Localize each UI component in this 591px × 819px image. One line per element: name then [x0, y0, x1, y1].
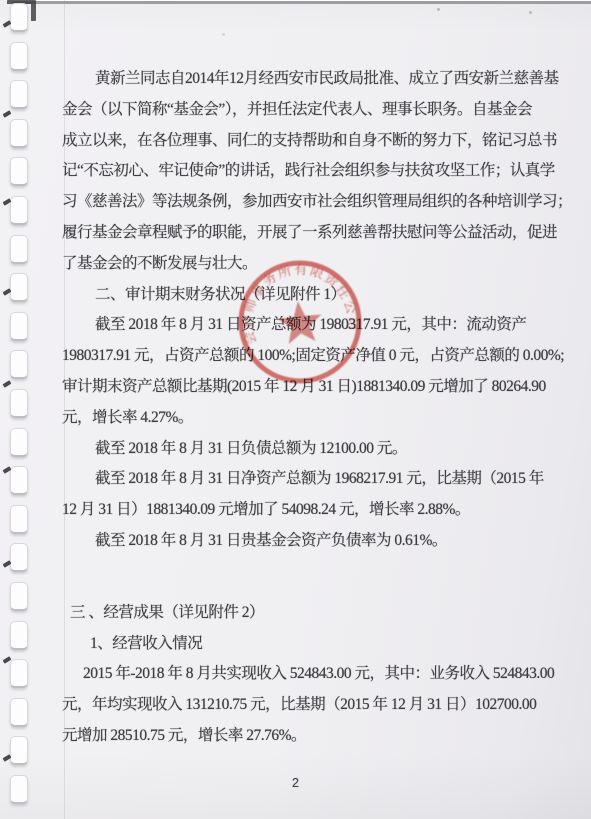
text-line: 元增加 28510.75 元，增长率 27.76%。: [62, 721, 554, 752]
binding-hole: [10, 505, 28, 534]
text-line: 截至 2018 年 8 月 31 日负债总额为 12100.00 元。: [62, 434, 554, 465]
scan-speckle: [222, 33, 225, 36]
scan-top-highlight: [12, 0, 591, 1]
binding-hole: [10, 42, 28, 71]
binding-hole: [10, 582, 28, 611]
binding-hole: [10, 736, 28, 765]
binding-hole: [10, 466, 28, 495]
binding-hole: [10, 698, 28, 727]
page-number: 2: [0, 776, 591, 790]
binding-hole: [10, 157, 28, 186]
text-line: 2015 年-2018 年 8 月共实现收入 524843.00 元，其中：业务…: [62, 659, 554, 690]
text-line: 截至 2018 年 8 月 31 日贵基金会资产负债率为 0.61%。: [62, 526, 554, 557]
binding-hole: [10, 196, 28, 225]
scan-speckle: [437, 8, 440, 11]
text-line: 审计期末资产总额比基期(2015 年 12 月 31 日)1881340.09 …: [62, 372, 554, 403]
text-line: 记“不忘初心、牢记使命”的讲话，践行社会组织参与扶贫攻坚工作；认真学: [62, 156, 554, 187]
text-line: 截至 2018 年 8 月 31 日净资产总额为 1968217.91 元，比基…: [62, 464, 554, 495]
binding-hole: [10, 543, 28, 572]
text-line: 二、审计期末财务状况（详见附件 1）: [62, 280, 554, 311]
binding-hole: [10, 428, 28, 457]
text-line: 1980317.91 元，占资产总额的 100%;固定资产净值 0 元，占资产总…: [62, 341, 554, 372]
scan-speckle: [529, 11, 532, 14]
text-line: 履行基金会章程赋予的职能，开展了一系列慈善帮扶慰问等公益活动，促进: [62, 218, 554, 249]
binding-hole: [10, 389, 28, 418]
binding-hole: [10, 312, 28, 341]
binding-hole: [10, 119, 28, 148]
text-line: 黄新兰同志自2014年12月经西安市民政局批准、成立了西安新兰慈善基: [62, 64, 554, 95]
binding-hole: [10, 659, 28, 688]
text-line: 12 月 31 日）1881340.09 元增加了 54098.24 元，增长率…: [62, 495, 554, 526]
binding-hole: [10, 273, 28, 302]
text-line: 元，增长率 4.27%。: [62, 403, 554, 434]
binding-ring-mark: [3, 380, 12, 388]
text-line: 金会（以下简称“基金会”），并担任法定代表人、理事长职务。自基金会: [62, 95, 554, 126]
binding-hole: [10, 3, 28, 32]
text-line: 三 、经营成果（详见附件 2）: [62, 598, 554, 629]
text-line: 元，年均实现收入 131210.75 元，比基期（2015 年 12 月 31 …: [62, 690, 554, 721]
scanned-page: 黄新兰同志自2014年12月经西安市民政局批准、成立了西安新兰慈善基金会（以下简…: [0, 0, 591, 819]
text-line: 1、经营收入情况: [62, 629, 554, 660]
scan-top-edge: [12, 1, 591, 4]
text-line: 习《慈善法》等法规条例，参加西安市社会组织管理局组织的各种培训学习；: [62, 187, 554, 218]
binding-ring-mark: [3, 110, 12, 118]
text-line: 截至 2018 年 8 月 31 日资产总额为 1980317.91 元，其中：…: [62, 310, 554, 341]
binding-hole: [10, 350, 28, 379]
binding-hole: [10, 621, 28, 650]
text-line: 成立以来，在各位理事、同仁的支持帮助和自身不断的努力下，铭记习总书: [62, 126, 554, 157]
binding-hole: [10, 235, 28, 264]
binding-hole: [10, 80, 28, 109]
text-line: 了基金会的不断发展与壮大。: [62, 249, 554, 280]
document-body: 黄新兰同志自2014年12月经西安市民政局批准、成立了西安新兰慈善基金会（以下简…: [62, 64, 554, 752]
